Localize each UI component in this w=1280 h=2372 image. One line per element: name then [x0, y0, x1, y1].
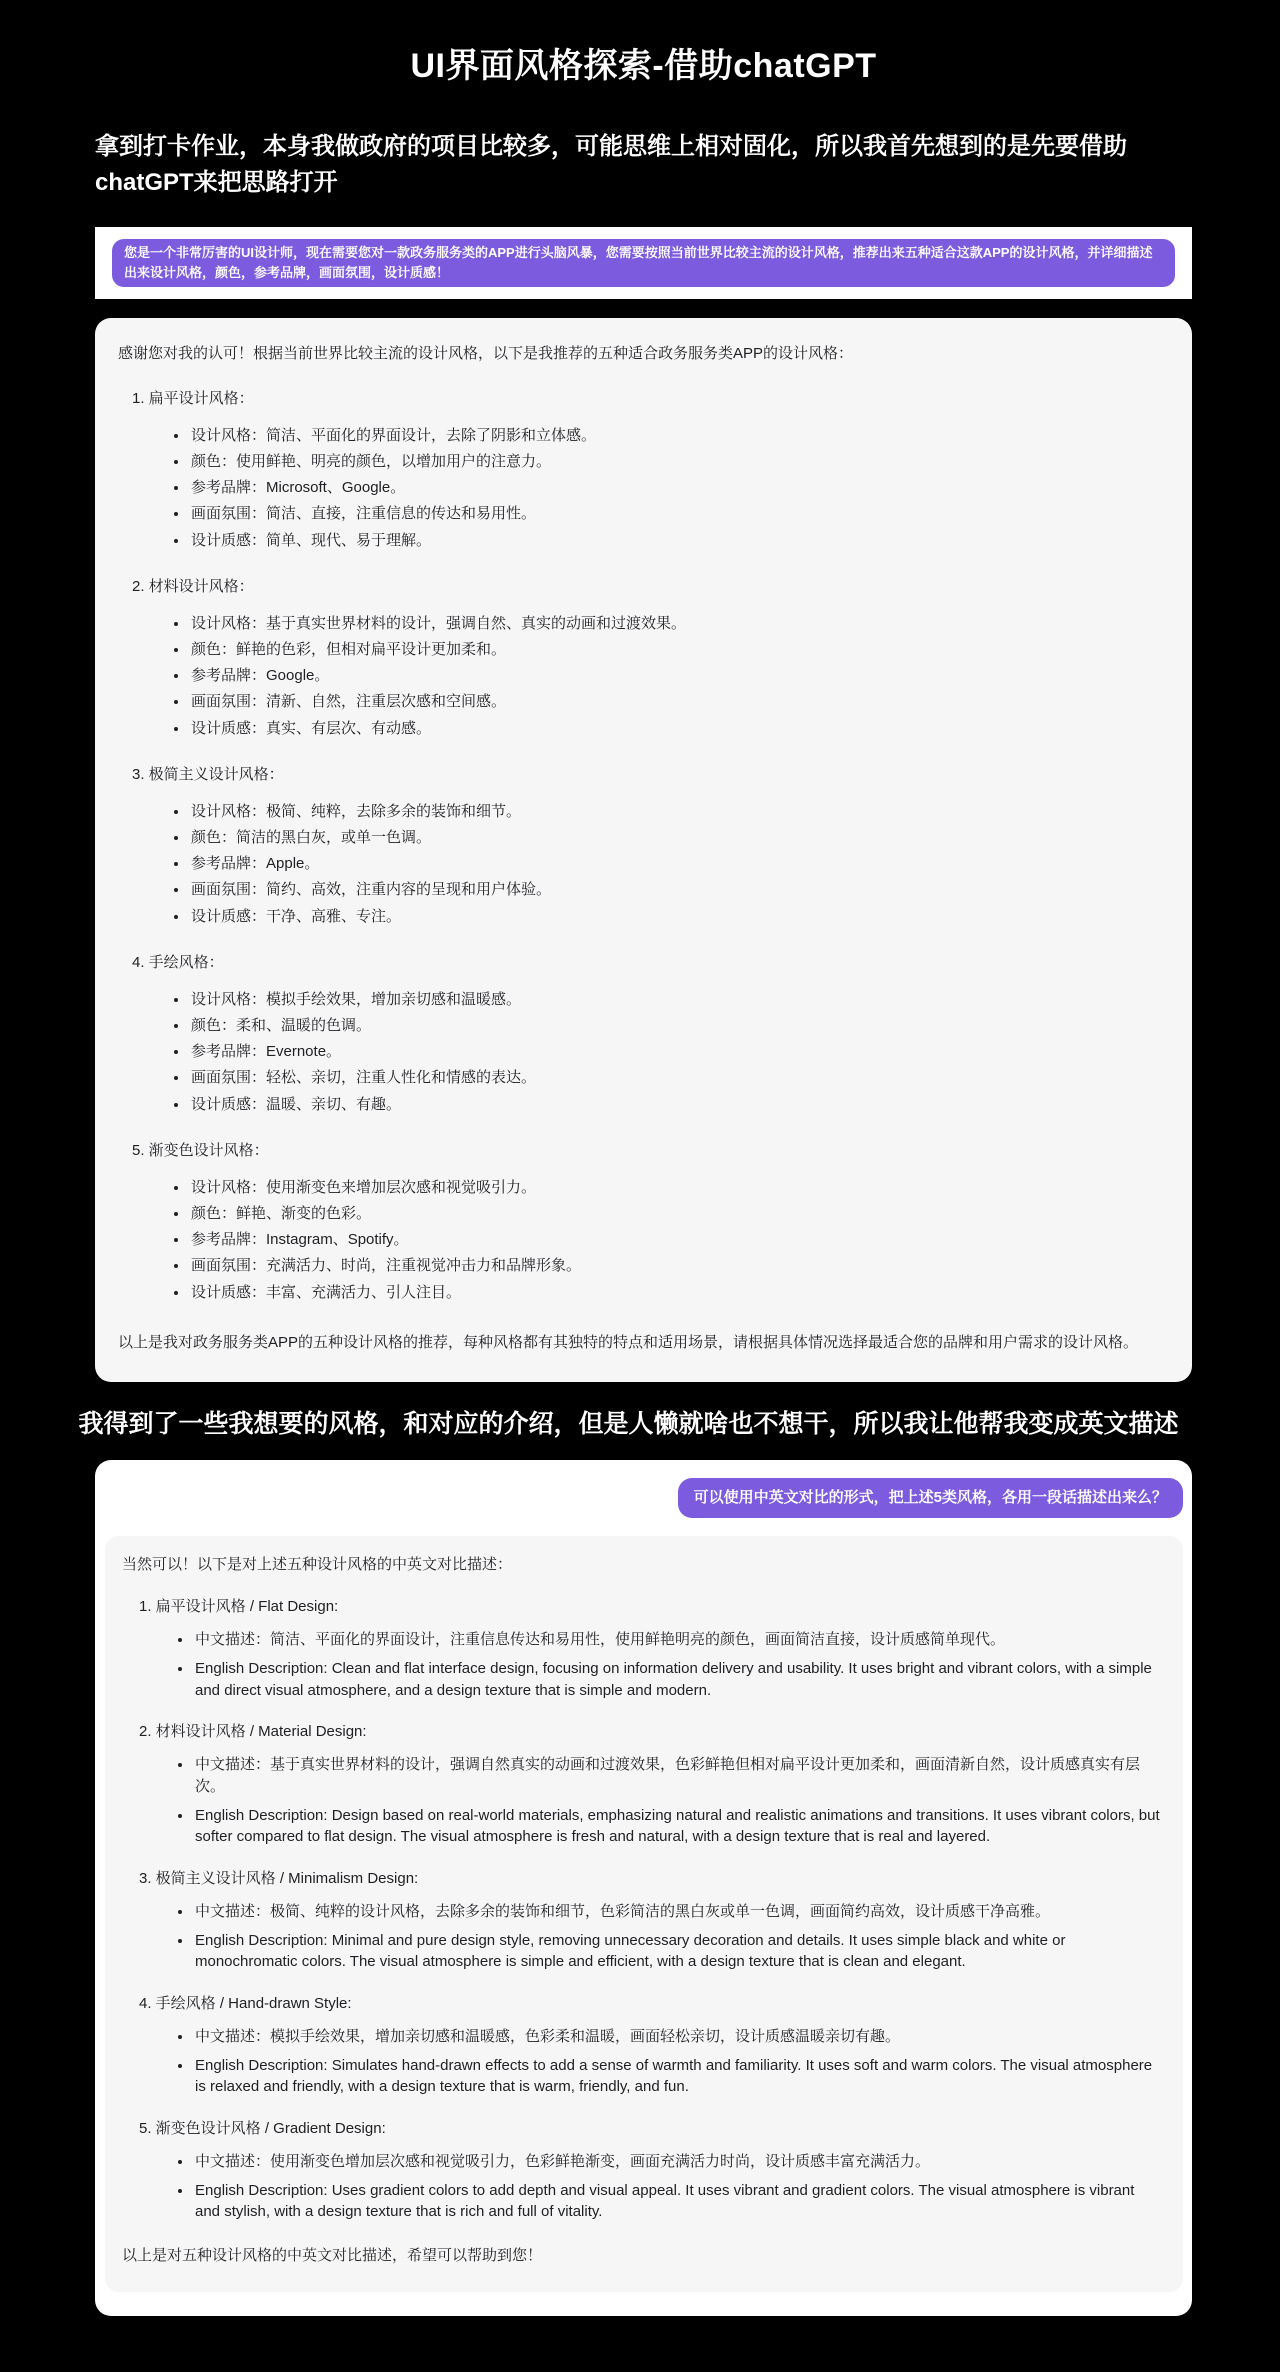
reply2-intro: 当然可以！以下是对上述五种设计风格的中英文对比描述： — [122, 1554, 1163, 1577]
mid-note: 我得到了一些我想要的风格，和对应的介绍，但是人懒就啥也不想干，所以我让他帮我变成… — [65, 1404, 1192, 1440]
style-section: 1. 扁平设计风格： 设计风格：简洁、平面化的界面设计，去除了阴影和立体感。 颜… — [132, 388, 1166, 554]
style-bullet: 参考品牌：Google。 — [189, 663, 1166, 689]
style-bullet-list: 中文描述：基于真实世界材料的设计，强调自然真实的动画和过渡效果，色彩鲜艳但相对扁… — [139, 1754, 1163, 1848]
style-bullet: 画面氛围：清新、自然，注重层次感和空间感。 — [189, 689, 1166, 715]
style-heading: 5. 渐变色设计风格 / Gradient Design: — [139, 2118, 1163, 2140]
style-section: 4. 手绘风格： 设计风格：模拟手绘效果，增加亲切感和温暖感。 颜色：柔和、温暖… — [132, 952, 1166, 1118]
style-heading: 4. 手绘风格： — [132, 952, 1166, 974]
style-heading: 2. 材料设计风格 / Material Design: — [139, 1721, 1163, 1743]
style-bullet: English Description: Clean and flat inte… — [193, 1658, 1163, 1702]
style-bullet-list: 中文描述：使用渐变色增加层次感和视觉吸引力，色彩鲜艳渐变，画面充满活力时尚，设计… — [139, 2151, 1163, 2223]
style-bullet: 设计风格：模拟手绘效果，增加亲切感和温暖感。 — [189, 987, 1166, 1013]
chat-panel: 可以使用中英文对比的形式，把上述5类风格，各用一段话描述出来么？ 当然可以！以下… — [95, 1460, 1192, 2315]
style-section: 5. 渐变色设计风格 / Gradient Design: 中文描述：使用渐变色… — [139, 2118, 1163, 2223]
style-heading: 1. 扁平设计风格： — [132, 388, 1166, 410]
style-bullet: English Description: Uses gradient color… — [193, 2180, 1163, 2224]
style-section: 4. 手绘风格 / Hand-drawn Style: 中文描述：模拟手绘效果，… — [139, 1993, 1163, 2098]
style-bullet: 中文描述：模拟手绘效果，增加亲切感和温暖感，色彩柔和温暖，画面轻松亲切，设计质感… — [193, 2026, 1163, 2048]
style-bullet: English Description: Simulates hand-draw… — [193, 2055, 1163, 2099]
style-section: 5. 渐变色设计风格： 设计风格：使用渐变色来增加层次感和视觉吸引力。 颜色：鲜… — [132, 1140, 1166, 1306]
style-section: 2. 材料设计风格 / Material Design: 中文描述：基于真实世界… — [139, 1721, 1163, 1848]
style-bullet: 颜色：柔和、温暖的色调。 — [189, 1013, 1166, 1039]
style-bullet: 设计风格：使用渐变色来增加层次感和视觉吸引力。 — [189, 1175, 1166, 1201]
style-section: 1. 扁平设计风格 / Flat Design: 中文描述：简洁、平面化的界面设… — [139, 1596, 1163, 1701]
style-bullet: 颜色：使用鲜艳、明亮的颜色，以增加用户的注意力。 — [189, 449, 1166, 475]
style-bullet-list: 中文描述：模拟手绘效果，增加亲切感和温暖感，色彩柔和温暖，画面轻松亲切，设计质感… — [139, 2026, 1163, 2098]
reply2-style-list: 1. 扁平设计风格 / Flat Design: 中文描述：简洁、平面化的界面设… — [122, 1596, 1163, 2223]
style-bullet-list: 设计风格：简洁、平面化的界面设计，去除了阴影和立体感。 颜色：使用鲜艳、明亮的颜… — [132, 423, 1166, 554]
reply1-intro: 感谢您对我的认可！根据当前世界比较主流的设计风格，以下是我推荐的五种适合政务服务… — [118, 343, 1166, 366]
style-heading: 1. 扁平设计风格 / Flat Design: — [139, 1596, 1163, 1618]
style-bullet: 参考品牌：Evernote。 — [189, 1039, 1166, 1065]
style-bullet: 设计风格：简洁、平面化的界面设计，去除了阴影和立体感。 — [189, 423, 1166, 449]
style-bullet: 中文描述：极简、纯粹的设计风格，去除多余的装饰和细节，色彩简洁的黑白灰或单一色调… — [193, 1901, 1163, 1923]
user-prompt-bubble: 您是一个非常厉害的UI设计师，现在需要您对一款政务服务类的APP进行头脑风暴，您… — [112, 239, 1175, 287]
style-bullet: 参考品牌：Instagram、Spotify。 — [189, 1227, 1166, 1253]
page-title: UI界面风格探索-借助chatGPT — [95, 38, 1192, 87]
intro-note: 拿到打卡作业，本身我做政府的项目比较多，可能思维上相对固化，所以我首先想到的是先… — [95, 129, 1192, 201]
style-bullet: 参考品牌：Microsoft、Google。 — [189, 475, 1166, 501]
style-section: 2. 材料设计风格： 设计风格：基于真实世界材料的设计，强调自然、真实的动画和过… — [132, 576, 1166, 742]
style-bullet-list: 设计风格：基于真实世界材料的设计，强调自然、真实的动画和过渡效果。 颜色：鲜艳的… — [132, 611, 1166, 742]
page: UI界面风格探索-借助chatGPT 拿到打卡作业，本身我做政府的项目比较多，可… — [0, 0, 1280, 2372]
style-bullet: 颜色：简洁的黑白灰，或单一色调。 — [189, 825, 1166, 851]
style-heading: 2. 材料设计风格： — [132, 576, 1166, 598]
style-heading: 5. 渐变色设计风格： — [132, 1140, 1166, 1162]
style-bullet: 设计质感：干净、高雅、专注。 — [189, 904, 1166, 930]
style-bullet: 颜色：鲜艳、渐变的色彩。 — [189, 1201, 1166, 1227]
style-heading: 3. 极简主义设计风格 / Minimalism Design: — [139, 1868, 1163, 1890]
style-bullet: 画面氛围：简约、高效，注重内容的呈现和用户体验。 — [189, 877, 1166, 903]
style-bullet: English Description: Design based on rea… — [193, 1805, 1163, 1849]
style-bullet-list: 设计风格：极简、纯粹，去除多余的装饰和细节。 颜色：简洁的黑白灰，或单一色调。 … — [132, 799, 1166, 930]
followup-row: 可以使用中英文对比的形式，把上述5类风格，各用一段话描述出来么？ — [105, 1478, 1183, 1518]
style-bullet-list: 设计风格：模拟手绘效果，增加亲切感和温暖感。 颜色：柔和、温暖的色调。 参考品牌… — [132, 987, 1166, 1118]
style-section: 3. 极简主义设计风格： 设计风格：极简、纯粹，去除多余的装饰和细节。 颜色：简… — [132, 764, 1166, 930]
user-followup-bubble: 可以使用中英文对比的形式，把上述5类风格，各用一段话描述出来么？ — [678, 1478, 1183, 1518]
style-bullet: 设计质感：真实、有层次、有动感。 — [189, 716, 1166, 742]
style-bullet: 设计质感：简单、现代、易于理解。 — [189, 528, 1166, 554]
style-section: 3. 极简主义设计风格 / Minimalism Design: 中文描述：极简… — [139, 1868, 1163, 1973]
style-bullet: 画面氛围：充满活力、时尚，注重视觉冲击力和品牌形象。 — [189, 1253, 1166, 1279]
style-bullet: 画面氛围：简洁、直接，注重信息的传达和易用性。 — [189, 501, 1166, 527]
reply1-closing: 以上是我对政务服务类APP的五种设计风格的推荐，每种风格都有其独特的特点和适用场… — [118, 1332, 1166, 1355]
reply1-style-list: 1. 扁平设计风格： 设计风格：简洁、平面化的界面设计，去除了阴影和立体感。 颜… — [118, 388, 1166, 1306]
style-bullet: 设计风格：基于真实世界材料的设计，强调自然、真实的动画和过渡效果。 — [189, 611, 1166, 637]
style-bullet: 颜色：鲜艳的色彩，但相对扁平设计更加柔和。 — [189, 637, 1166, 663]
style-heading: 3. 极简主义设计风格： — [132, 764, 1166, 786]
style-bullet: 参考品牌：Apple。 — [189, 851, 1166, 877]
reply2-closing: 以上是对五种设计风格的中英文对比描述，希望可以帮助到您！ — [122, 2245, 1163, 2268]
style-bullet-list: 中文描述：极简、纯粹的设计风格，去除多余的装饰和细节，色彩简洁的黑白灰或单一色调… — [139, 1901, 1163, 1973]
style-bullet: 设计质感：温暖、亲切、有趣。 — [189, 1092, 1166, 1118]
style-bullet-list: 中文描述：简洁、平面化的界面设计，注重信息传达和易用性，使用鲜艳明亮的颜色，画面… — [139, 1629, 1163, 1701]
style-bullet: 中文描述：基于真实世界材料的设计，强调自然真实的动画和过渡效果，色彩鲜艳但相对扁… — [193, 1754, 1163, 1798]
style-bullet: 设计风格：极简、纯粹，去除多余的装饰和细节。 — [189, 799, 1166, 825]
style-bullet-list: 设计风格：使用渐变色来增加层次感和视觉吸引力。 颜色：鲜艳、渐变的色彩。 参考品… — [132, 1175, 1166, 1306]
chatgpt-reply-card-2: 当然可以！以下是对上述五种设计风格的中英文对比描述： 1. 扁平设计风格 / F… — [105, 1536, 1183, 2292]
style-bullet: 画面氛围：轻松、亲切，注重人性化和情感的表达。 — [189, 1065, 1166, 1091]
style-bullet: 中文描述：简洁、平面化的界面设计，注重信息传达和易用性，使用鲜艳明亮的颜色，画面… — [193, 1629, 1163, 1651]
style-bullet: 设计质感：丰富、充满活力、引人注目。 — [189, 1280, 1166, 1306]
style-bullet: 中文描述：使用渐变色增加层次感和视觉吸引力，色彩鲜艳渐变，画面充满活力时尚，设计… — [193, 2151, 1163, 2173]
chatgpt-reply-card-1: 感谢您对我的认可！根据当前世界比较主流的设计风格，以下是我推荐的五种适合政务服务… — [95, 318, 1192, 1382]
style-heading: 4. 手绘风格 / Hand-drawn Style: — [139, 1993, 1163, 2015]
style-bullet: English Description: Minimal and pure de… — [193, 1930, 1163, 1974]
prompt-banner: 您是一个非常厉害的UI设计师，现在需要您对一款政务服务类的APP进行头脑风暴，您… — [95, 227, 1192, 299]
